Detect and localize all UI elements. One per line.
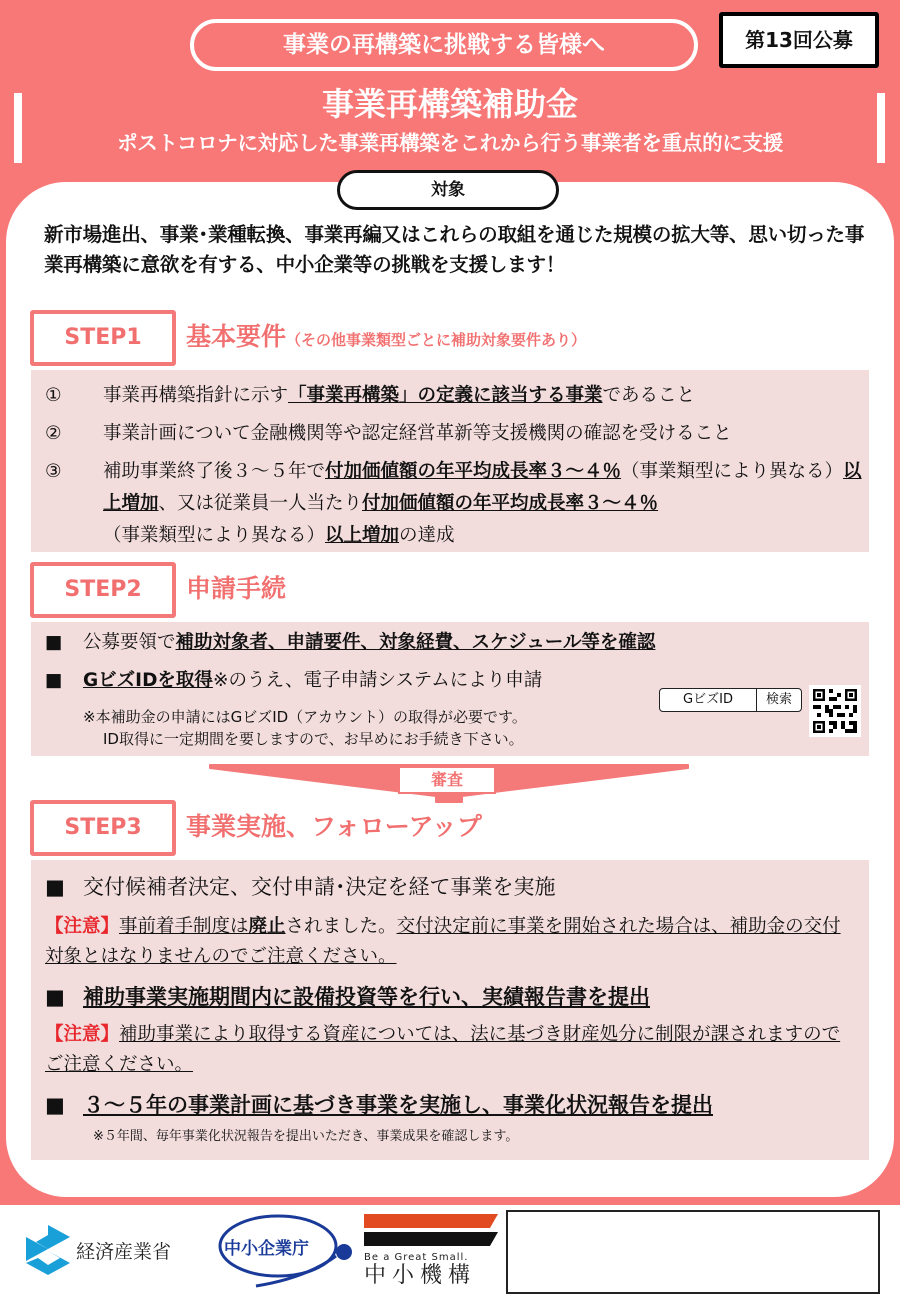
meti-emblem-icon — [26, 1225, 70, 1275]
item-highlight: 補助対象者、申請要件、対象経費、スケジュール等を確認 — [176, 632, 656, 653]
caution-tag: 【注意】 — [45, 1024, 119, 1045]
item-text: 事業再構築指針に示す — [103, 385, 288, 406]
tagline-pill: 事業の再構築に挑戦する皆様へ — [190, 19, 698, 71]
item-number: ① — [45, 380, 75, 412]
item-highlight: GビズIDを取得 — [83, 670, 213, 691]
item-highlight: 補助事業実施期間内に設備投資等を行い、実績報告書を提出 — [83, 982, 853, 1012]
caution-note-1: 【注意】事前着手制度は廃止されました。交付決定前に事業を開始された場合は、補助金… — [45, 912, 857, 972]
step1-title-text: 基本要件 — [186, 322, 286, 351]
smrj-name: 中小機構 — [364, 1263, 498, 1289]
caution-text: 補助事業により取得する資産については、法に基づき財産処分に制限が課されますのでご… — [45, 1024, 840, 1075]
meti-name: 経済産業省 — [76, 1237, 171, 1264]
caution-tag: 【注意】 — [45, 916, 119, 937]
square-bullet-icon: ■ — [45, 872, 65, 902]
item-text: 、又は従業員一人当たり — [159, 493, 363, 514]
item-text: の達成 — [399, 525, 455, 546]
item-highlight: ３～５年の事業計画に基づき事業を実施し、事業化状況報告を提出 — [83, 1090, 853, 1120]
gbiz-note-line2: ID取得に一定期間を要しますので、お早めにお手続き下さい。 — [103, 728, 524, 750]
step2-badge: STEP2 — [30, 562, 176, 618]
target-description: 新市場進出、事業･業種転換、事業再編又はこれらの取組を通じた規模の拡大等、思い切… — [44, 220, 874, 280]
item-text: 補助事業終了後３～５年で — [103, 461, 325, 482]
item-text: （事業類型により異なる） — [103, 525, 325, 546]
item-highlight: 以上増加 — [325, 525, 399, 546]
gbiz-search-input[interactable]: GビズID — [660, 689, 757, 711]
step1-content: ① 事業再構築指針に示す「事業再構築」の定義に該当する事業であること ② 事業計… — [31, 370, 869, 552]
step3-content: ■ 交付候補者決定、交付申請･決定を経て事業を実施 【注意】事前着手制度は廃止さ… — [31, 860, 869, 1160]
round-badge: 第13回公募 — [719, 12, 879, 68]
item-text: （事業類型により異なる） — [621, 461, 843, 482]
item-highlight: 付加価値額の年平均成長率３～４％ — [362, 493, 658, 514]
qr-code-icon[interactable] — [809, 685, 861, 737]
item-highlight: 「事業再構築」の定義に該当する事業 — [288, 385, 603, 406]
blank-contact-box — [506, 1210, 880, 1294]
caution-text: 事前着手制度は — [119, 916, 249, 937]
caution-highlight: 廃止 — [249, 916, 286, 937]
target-label: 対象 — [337, 170, 559, 210]
item-text: 公募要領で — [83, 632, 176, 653]
page-title: 事業再構築補助金 — [0, 84, 900, 124]
step3-title: 事業実施、フォローアップ — [186, 810, 482, 844]
square-bullet-icon: ■ — [45, 982, 65, 1012]
item-text: ※のうえ、電子申請システムにより申請 — [213, 670, 542, 691]
gbiz-note-line1: ※本補助金の申請にはGビズID（アカウント）の取得が必要です。 — [83, 706, 527, 728]
step1-badge: STEP1 — [30, 310, 176, 366]
smrj-black-bar — [364, 1232, 498, 1246]
item-number: ② — [45, 418, 75, 450]
square-bullet-icon: ■ — [45, 628, 62, 658]
caution-note-2: 【注意】補助事業により取得する資産については、法に基づき財産処分に制限が課されま… — [45, 1020, 857, 1080]
item-text: であること — [603, 385, 696, 406]
gbiz-search-button[interactable]: 検索 — [757, 689, 801, 711]
gbiz-search-box[interactable]: GビズID 検索 — [659, 688, 802, 712]
step2-title: 申請手続 — [186, 572, 286, 606]
smrj-orange-bar — [364, 1214, 498, 1228]
step1-title-note: （その他事業類型ごとに補助対象要件あり） — [286, 331, 586, 349]
sme-agency-name: 中小企業庁 — [224, 1234, 309, 1259]
caution-text: されました。 — [286, 916, 397, 937]
step3-badge: STEP3 — [30, 800, 176, 856]
item-text: 交付候補者決定、交付申請･決定を経て事業を実施 — [83, 872, 853, 902]
page-subtitle: ポストコロナに対応した事業再構築をこれから行う事業者を重点的に支援 — [0, 128, 900, 158]
item-text: 事業計画について金融機関等や認定経営革新等支援機関の確認を受けること — [103, 418, 871, 450]
smrj-logo: Be a Great Small. 中小機構 — [364, 1214, 498, 1289]
square-bullet-icon: ■ — [45, 1090, 65, 1120]
item-highlight: 付加価値額の年平均成長率３～４％ — [325, 461, 621, 482]
item-number: ③ — [45, 456, 75, 488]
review-label: 審査 — [398, 766, 496, 794]
report-note: ※５年間、毎年事業化状況報告を提出いただき、事業成果を確認します。 — [93, 1126, 518, 1148]
smrj-slogan: Be a Great Small. — [364, 1252, 498, 1263]
step1-title: 基本要件（その他事業類型ごとに補助対象要件あり） — [186, 320, 586, 357]
square-bullet-icon: ■ — [45, 666, 62, 696]
meti-logo: 経済産業省 — [26, 1225, 171, 1275]
